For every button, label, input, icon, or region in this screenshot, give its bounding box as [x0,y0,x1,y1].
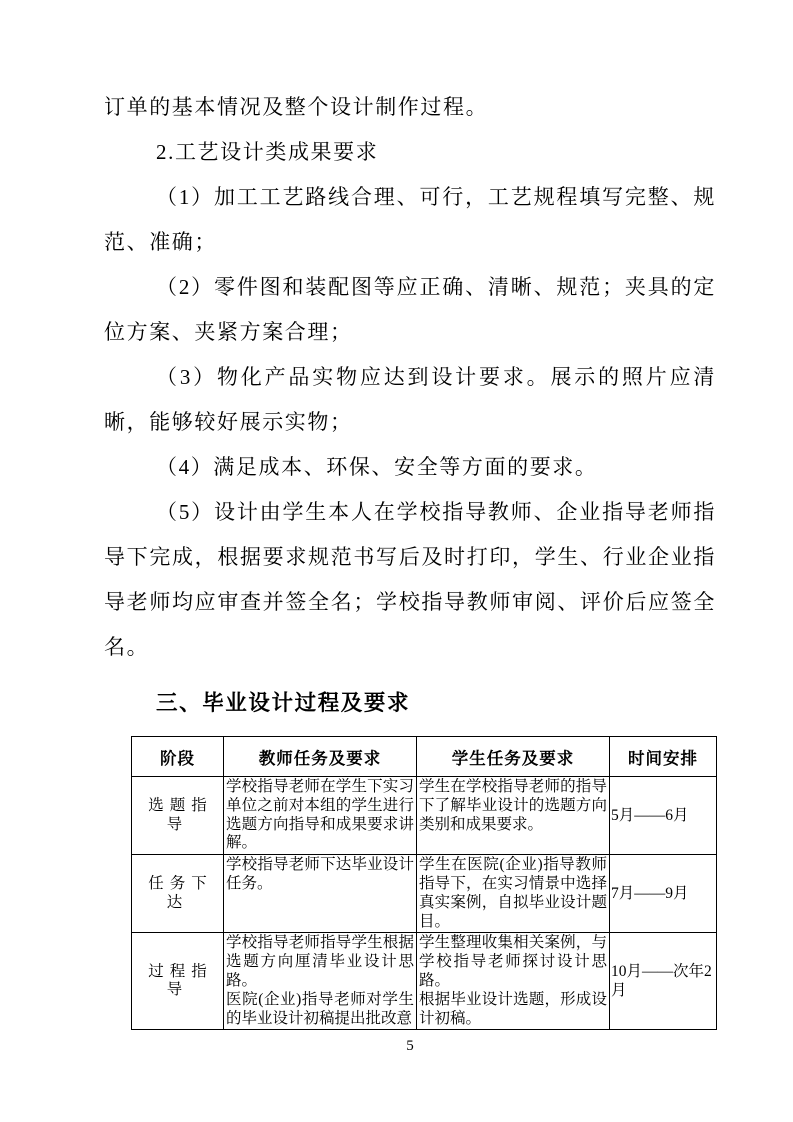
paragraph-point-1: （1）加工工艺路线合理、可行，工艺规程填写完整、规范、准确； [104,175,716,265]
table-row: 任务下达 学校指导老师下达毕业设计任务。 学生在医院(企业)指导教师指导下，在实… [132,855,717,933]
paragraph-point-5: （5）设计由学生本人在学校指导教师、企业指导老师指导下完成，根据要求规范书写后及… [104,490,716,670]
time-cell: 7月——9月 [610,855,717,933]
time-cell: 5月——6月 [610,777,717,855]
section-heading: 三、毕业设计过程及要求 [104,681,716,726]
table-header-row: 阶段 教师任务及要求 学生任务及要求 时间安排 [132,737,717,777]
student-task-cell: 学生在学校指导老师的指导下了解毕业设计的选题方向类别和成果要求。 [417,777,610,855]
student-task-cell: 学生在医院(企业)指导教师指导下，在实习情景中选择真实案例，自拟毕业设计题目。 [417,855,610,933]
header-schedule: 时间安排 [610,737,717,777]
table-row: 过程指导 学校指导老师指导学生根据选题方向厘清毕业设计思路。 医院(企业)指导老… [132,933,717,1030]
teacher-task-cell: 学校指导老师指导学生根据选题方向厘清毕业设计思路。 医院(企业)指导老师对学生的… [224,933,417,1030]
paragraph-item-2: 2.工艺设计类成果要求 [104,130,716,175]
document-page: 订单的基本情况及整个设计制作过程。 2.工艺设计类成果要求 （1）加工工艺路线合… [0,0,793,1122]
paragraph-point-2: （2）零件图和装配图等应正确、清晰、规范；夹具的定位方案、夹紧方案合理； [104,265,716,355]
document-body: 订单的基本情况及整个设计制作过程。 2.工艺设计类成果要求 （1）加工工艺路线合… [104,85,716,1056]
table-row: 选题指导 学校指导老师在学生下实习单位之前对本组的学生进行选题方向指导和成果要求… [132,777,717,855]
header-stage: 阶段 [132,737,224,777]
stage-cell: 过程指导 [132,933,224,1030]
process-table: 阶段 教师任务及要求 学生任务及要求 时间安排 选题指导 学校指导老师在学生下实… [131,736,717,1030]
paragraph-point-3: （3）物化产品实物应达到设计要求。展示的照片应清晰，能够较好展示实物； [104,355,716,445]
paragraph-continuation: 订单的基本情况及整个设计制作过程。 [104,85,716,130]
student-task-cell: 学生整理收集相关案例，与学校指导老师探讨设计思路。 根据毕业设计选题，形成设计初… [417,933,610,1030]
teacher-task-cell: 学校指导老师在学生下实习单位之前对本组的学生进行选题方向指导和成果要求讲解。 [224,777,417,855]
stage-cell: 选题指导 [132,777,224,855]
paragraph-point-4: （4）满足成本、环保、安全等方面的要求。 [104,445,716,490]
stage-cell: 任务下达 [132,855,224,933]
teacher-task-cell: 学校指导老师下达毕业设计任务。 [224,855,417,933]
time-cell: 10月——次年2月 [610,933,717,1030]
page-number: 5 [104,1036,716,1056]
header-teacher-tasks: 教师任务及要求 [224,737,417,777]
header-student-tasks: 学生任务及要求 [417,737,610,777]
